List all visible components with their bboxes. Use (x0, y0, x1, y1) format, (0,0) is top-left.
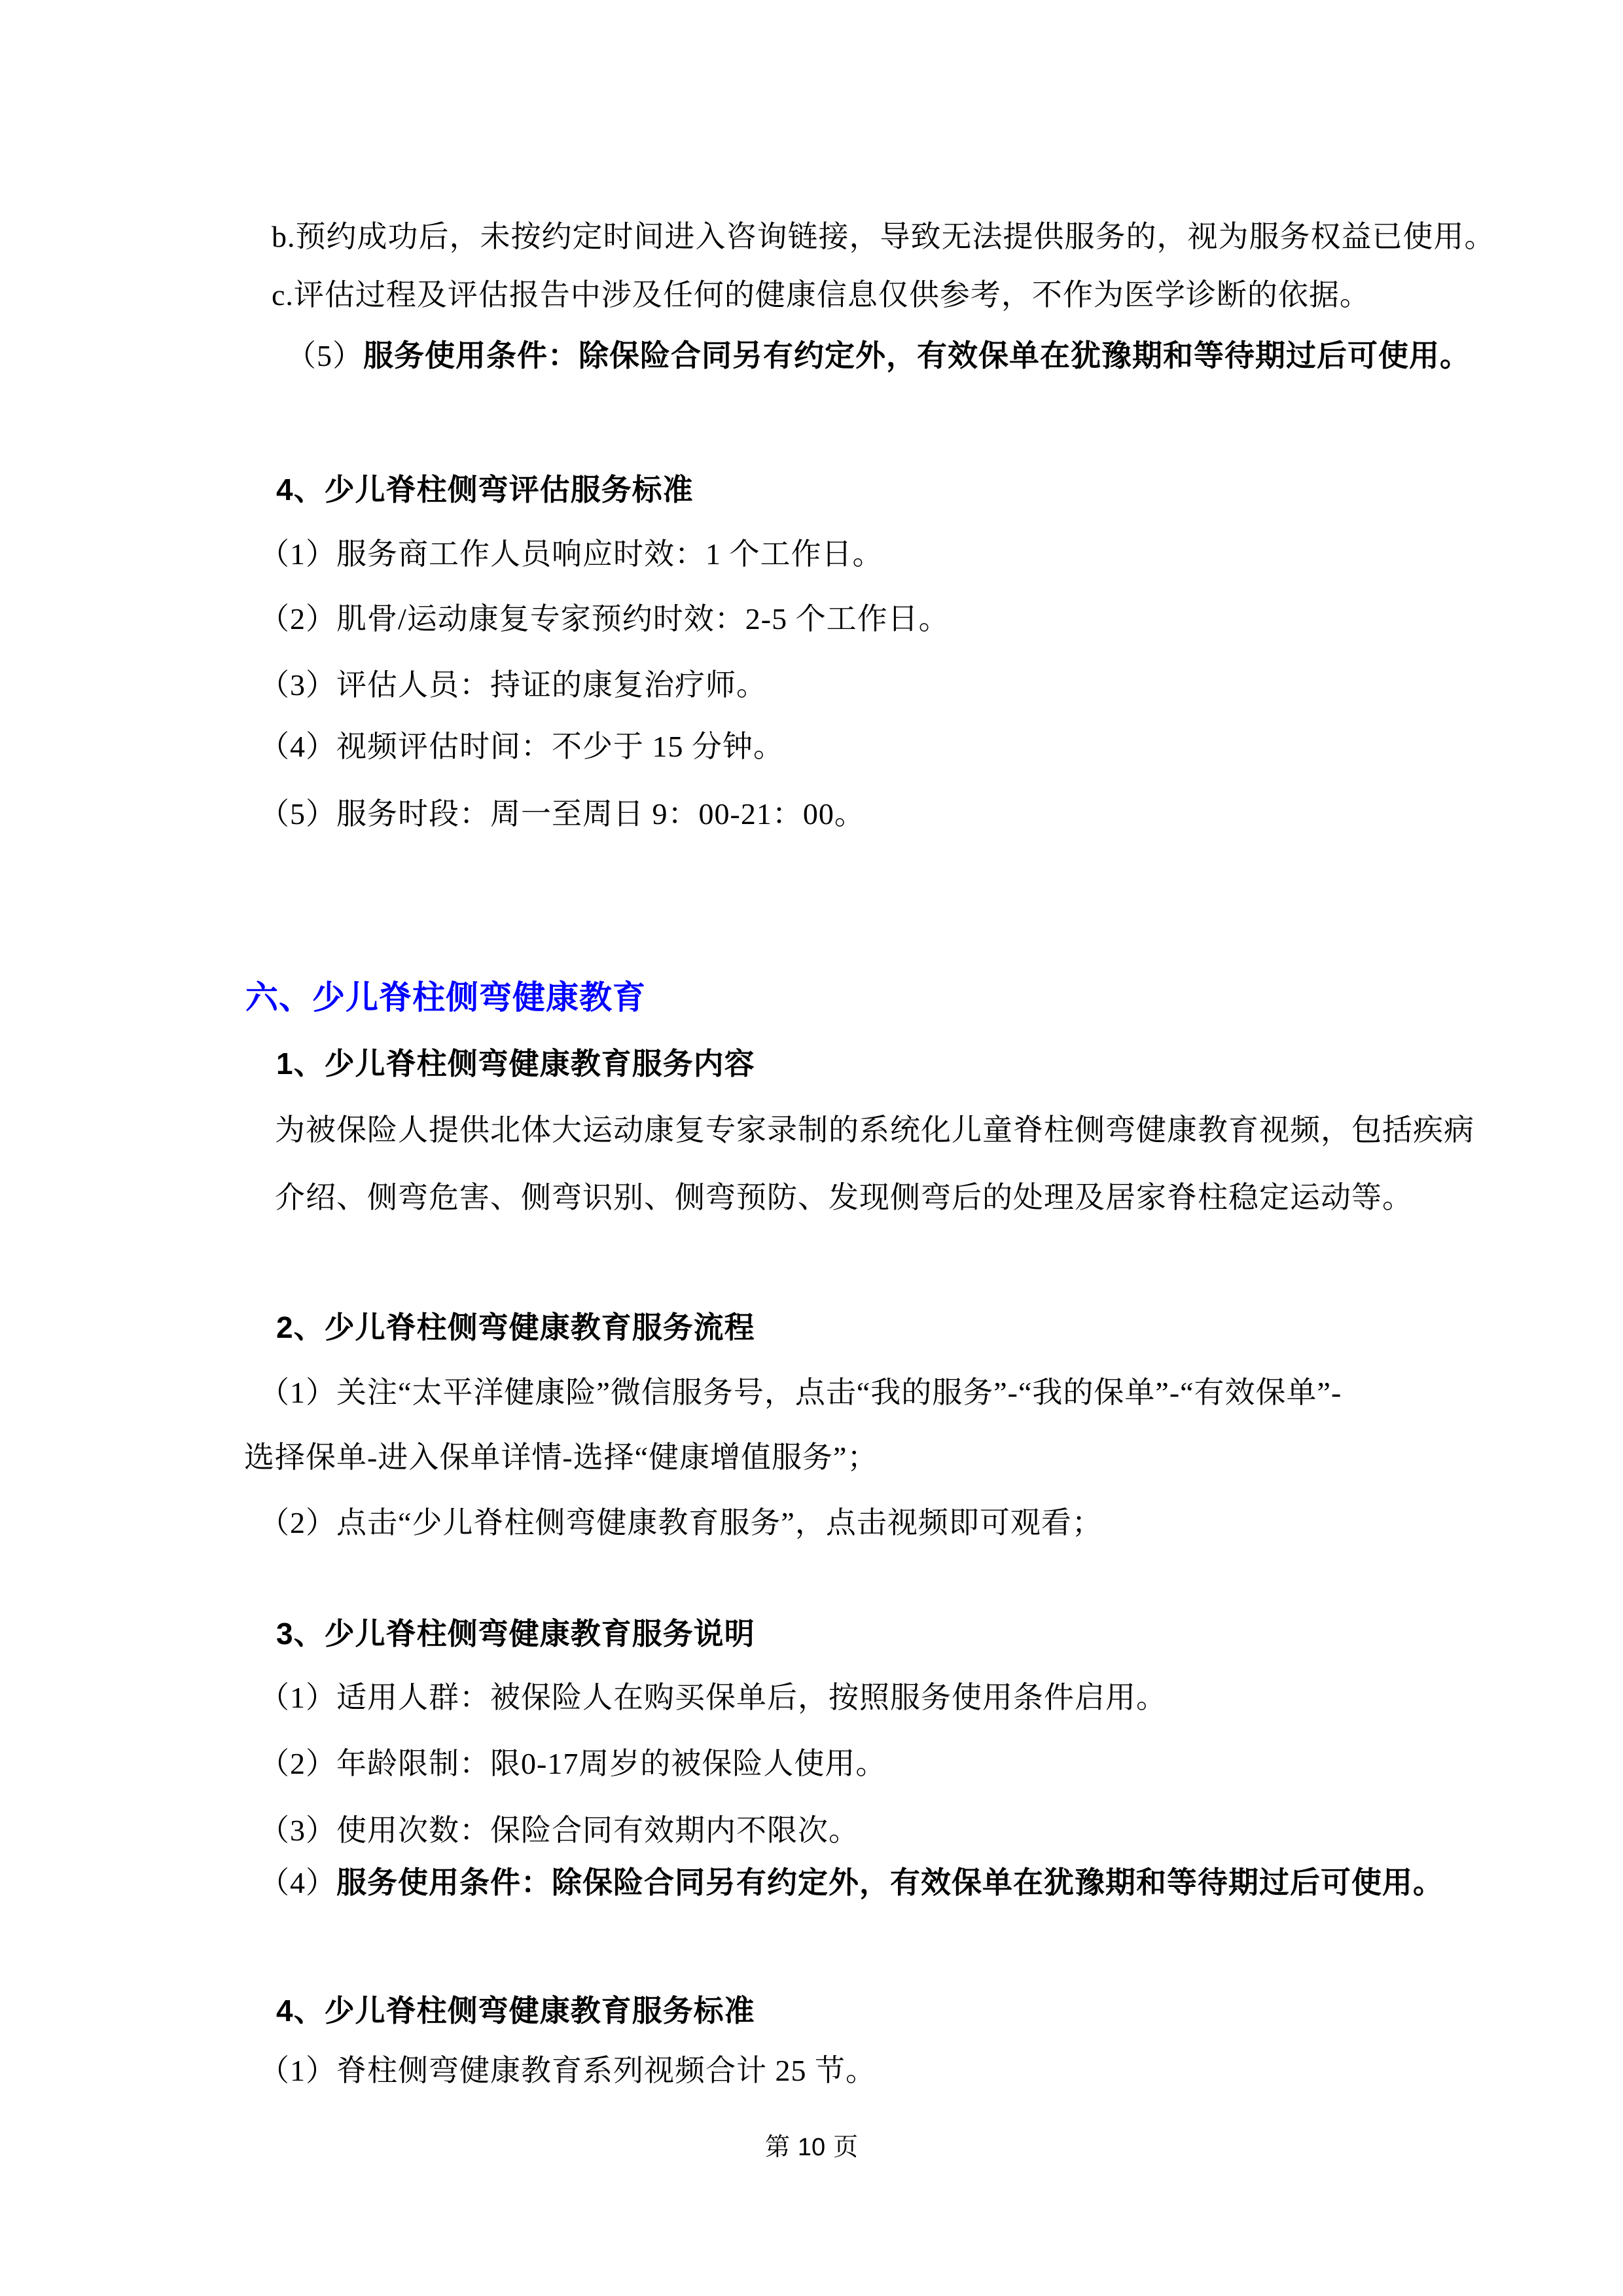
edu-process-item-1: （1）关注“太平洋健康险”微信服务号，点击“我的服务”-“我的保单”-“有效保单… (0, 1364, 1623, 1422)
edu-desc-item-3: （3）使用次数：保险合同有效期内不限次。 (0, 1802, 1623, 1859)
eval-standard-item-1: （1）服务商工作人员响应时效：1 个工作日。 (0, 526, 1623, 583)
clause-number: （4） (259, 1866, 336, 1899)
edu-desc-item-1: （1）适用人群：被保险人在购买保单后，按照服务使用条件启用。 (0, 1669, 1623, 1727)
clause-b: b.预约成功后，未按约定时间进入咨询链接，导致无法提供服务的，视为服务权益已使用… (0, 208, 1623, 266)
heading-edu-process: 2、少儿脊柱侧弯健康教育服务流程 (0, 1299, 1623, 1356)
clause-5-usage-conditions: （5）服务使用条件：除保险合同另有约定外，有效保单在犹豫期和等待期过后可使用。 (0, 327, 1623, 385)
eval-standard-item-4: （4）视频评估时间：不少于 15 分钟。 (0, 718, 1623, 776)
document-page: b.预约成功后，未按约定时间进入咨询链接，导致无法提供服务的，视为服务权益已使用… (0, 0, 1623, 2296)
page-number: 第10页 (0, 2129, 1623, 2166)
edu-process-item-2: （2）点击“少儿脊柱侧弯健康教育服务”，点击视频即可观看； (0, 1494, 1623, 1552)
edu-content-line-1: 为被保险人提供北体大运动康复专家录制的系统化儿童脊柱侧弯健康教育视频，包括疾病 (0, 1102, 1623, 1159)
clause-bold-text: 服务使用条件：除保险合同另有约定外，有效保单在犹豫期和等待期过后可使用。 (363, 339, 1471, 372)
eval-standard-item-2: （2）肌骨/运动康复专家预约时效：2-5 个工作日。 (0, 590, 1623, 648)
page-number-suffix: 页 (833, 2134, 858, 2161)
page-number-value: 10 (790, 2134, 833, 2161)
heading-edu-service-standard: 4、少儿脊柱侧弯健康教育服务标准 (0, 1982, 1623, 2039)
edu-desc-item-4-usage-conditions: （4）服务使用条件：除保险合同另有约定外，有效保单在犹豫期和等待期过后可使用。 (0, 1854, 1623, 1912)
section-heading-six: 六、少儿脊柱侧弯健康教育 (0, 969, 1623, 1026)
edu-content-line-2: 介绍、侧弯危害、侧弯识别、侧弯预防、发现侧弯后的处理及居家脊柱稳定运动等。 (0, 1169, 1623, 1227)
page-number-prefix: 第 (765, 2134, 790, 2161)
eval-standard-item-5: （5）服务时段：周一至周日 9：00-21：00。 (0, 785, 1623, 843)
heading-edu-content: 1、少儿脊柱侧弯健康教育服务内容 (0, 1035, 1623, 1092)
edu-desc-item-2: （2）年龄限制：限0-17周岁的被保险人使用。 (0, 1735, 1623, 1793)
heading-eval-service-standard: 4、少儿脊柱侧弯评估服务标准 (0, 461, 1623, 518)
edu-process-item-1-continuation: 选择保单-进入保单详情-选择“健康增值服务”； (0, 1429, 1623, 1486)
clause-number: （5） (286, 339, 363, 372)
clause-c: c.评估过程及评估报告中涉及任何的健康信息仅供参考，不作为医学诊断的依据。 (0, 266, 1623, 324)
edu-standard-item-1: （1）脊柱侧弯健康教育系列视频合计 25 节。 (0, 2042, 1623, 2100)
clause-bold-text: 服务使用条件：除保险合同另有约定外，有效保单在犹豫期和等待期过后可使用。 (336, 1866, 1444, 1899)
heading-edu-description: 3、少儿脊柱侧弯健康教育服务说明 (0, 1605, 1623, 1662)
eval-standard-item-3: （3）评估人员：持证的康复治疗师。 (0, 656, 1623, 714)
